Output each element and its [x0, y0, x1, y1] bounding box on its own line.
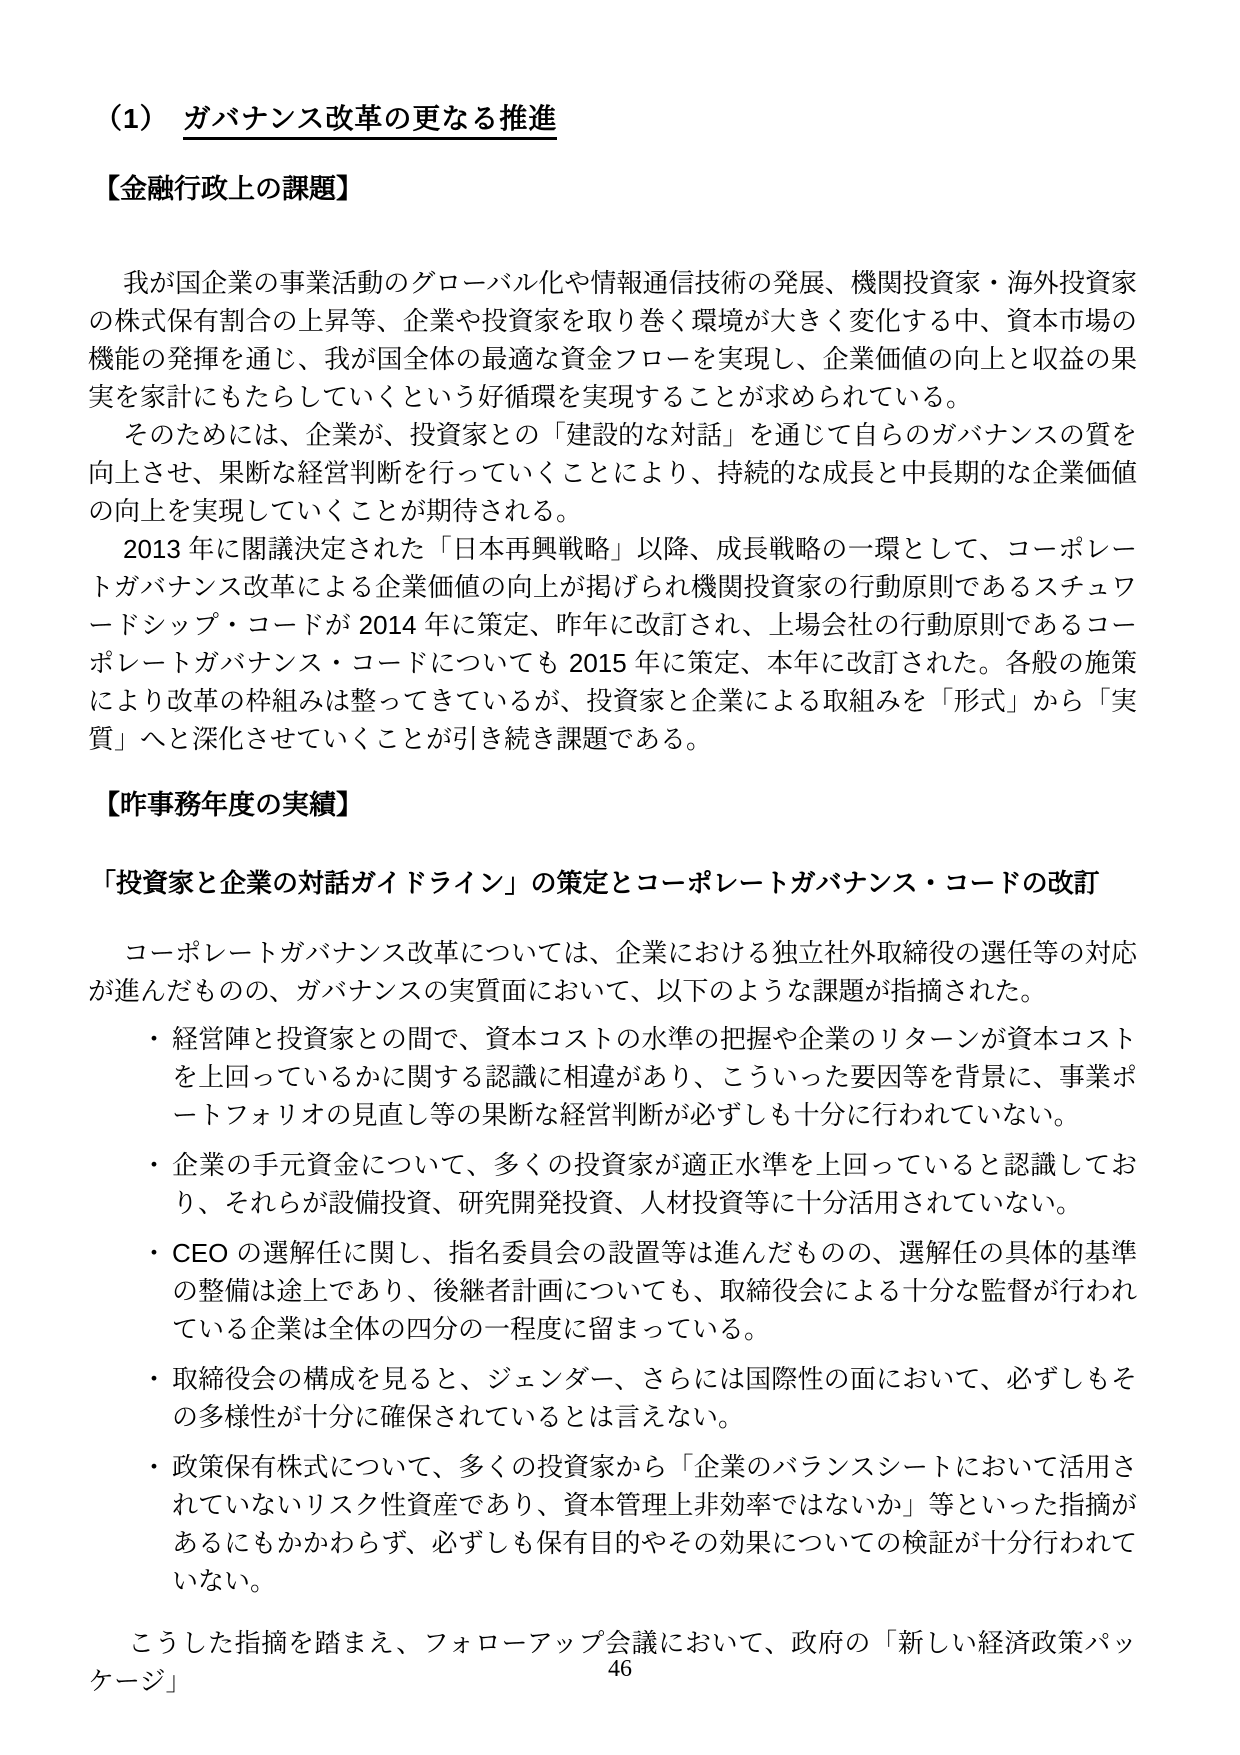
- heading-financial-administration-issues: 【金融行政上の課題】: [93, 170, 1137, 208]
- list-item-text: 政策保有株式について、多くの投資家から「企業のバランスシートにおいて活用されてい…: [172, 1452, 1137, 1596]
- bullet-icon: ・: [141, 1360, 167, 1398]
- bullet-icon: ・: [141, 1234, 167, 1272]
- paragraph: そのためには、企業が、投資家との「建設的な対話」を通じて自らのガバナンスの質を向…: [88, 416, 1137, 530]
- document-content: （1）ガバナンス改革の更なる推進 【金融行政上の課題】 我が国企業の事業活動のグ…: [0, 100, 1240, 1700]
- list-item: ・ 政策保有株式について、多くの投資家から「企業のバランスシートにおいて活用され…: [88, 1448, 1137, 1600]
- section-title: （1）ガバナンス改革の更なる推進: [94, 100, 1137, 138]
- list-item-text: 取締役会の構成を見ると、ジェンダー、さらには国際性の面において、必ずしもその多様…: [172, 1364, 1137, 1432]
- list-item: ・ 企業の手元資金について、多くの投資家が適正水準を上回っていると認識しており、…: [88, 1146, 1137, 1222]
- heading-last-year-results: 【昨事務年度の実績】: [93, 786, 1137, 824]
- list-item: ・ 取締役会の構成を見ると、ジェンダー、さらには国際性の面において、必ずしもその…: [88, 1360, 1137, 1436]
- bullet-icon: ・: [141, 1146, 167, 1184]
- bullet-icon: ・: [141, 1448, 167, 1486]
- page-number: 46: [0, 1656, 1240, 1683]
- list-item-text: 経営陣と投資家との間で、資本コストの水準の把握や企業のリターンが資本コストを上回…: [172, 1024, 1137, 1130]
- paragraph: 2013 年に閣議決定された「日本再興戦略」以降、成長戦略の一環として、コーポレ…: [88, 530, 1137, 758]
- section-title-text: ガバナンス改革の更なる推進: [183, 103, 558, 140]
- list-item-text: 企業の手元資金について、多くの投資家が適正水準を上回っていると認識しており、それ…: [172, 1150, 1137, 1218]
- paragraph: コーポレートガバナンス改革については、企業における独立社外取締役の選任等の対応が…: [88, 934, 1137, 1010]
- bullet-icon: ・: [141, 1020, 167, 1058]
- subheading-dialogue-guideline: 「投資家と企業の対話ガイドライン」の策定とコーポレートガバナンス・コードの改訂: [90, 864, 1137, 902]
- list-item: ・ CEO の選解任に関し、指名委員会の設置等は進んだものの、選解任の具体的基準…: [88, 1234, 1137, 1348]
- section-number: （1）: [94, 103, 169, 134]
- list-item-text: CEO の選解任に関し、指名委員会の設置等は進んだものの、選解任の具体的基準の整…: [172, 1238, 1137, 1344]
- issue-list: ・ 経営陣と投資家との間で、資本コストの水準の把握や企業のリターンが資本コストを…: [88, 1020, 1137, 1600]
- list-item: ・ 経営陣と投資家との間で、資本コストの水準の把握や企業のリターンが資本コストを…: [88, 1020, 1137, 1134]
- paragraph: 我が国企業の事業活動のグローバル化や情報通信技術の発展、機関投資家・海外投資家の…: [88, 264, 1137, 416]
- document-page: （1）ガバナンス改革の更なる推進 【金融行政上の課題】 我が国企業の事業活動のグ…: [0, 0, 1240, 1755]
